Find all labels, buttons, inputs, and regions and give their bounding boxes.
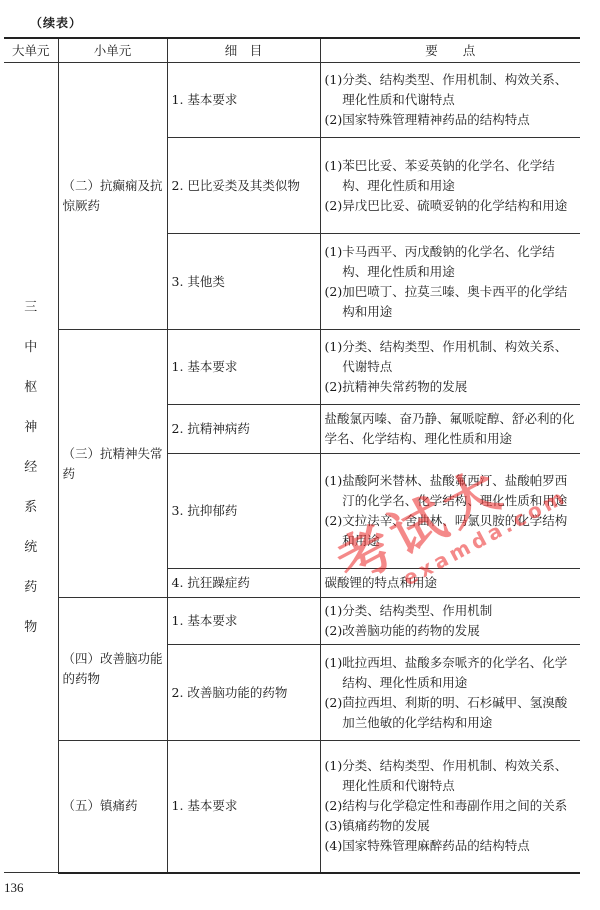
key-points-cell: (1)苯巴比妥、苯妥英钠的化学名、化学结构、理化性质和用途 (2)异戊巴比妥、硫… bbox=[320, 138, 580, 234]
table-header-row: 大单元 小单元 细 目 要 点 bbox=[4, 38, 580, 63]
table-row: （四）改善脑功能的药物 1. 基本要求 (1)分类、结构类型、作用机制 (2)改… bbox=[4, 598, 580, 645]
major-unit-char: 神 bbox=[24, 418, 37, 438]
key-points-cell: 碳酸锂的特点和用途 bbox=[320, 569, 580, 598]
key-points-cell: (1)分类、结构类型、作用机制 (2)改善脑功能的药物的发展 bbox=[320, 598, 580, 645]
detail-cell: 3. 其他类 bbox=[167, 234, 320, 330]
detail-cell: 2. 改善脑功能的药物 bbox=[167, 645, 320, 741]
header-detail: 细 目 bbox=[167, 38, 320, 63]
header-sub-unit: 小单元 bbox=[58, 38, 167, 63]
major-unit-char: 统 bbox=[24, 538, 37, 558]
major-unit-char: 中 bbox=[24, 338, 37, 358]
detail-cell: 3. 抗抑郁药 bbox=[167, 454, 320, 569]
major-unit-char: 药 bbox=[24, 578, 37, 598]
detail-cell: 1. 基本要求 bbox=[167, 598, 320, 645]
sub-unit-cell: （五）镇痛药 bbox=[58, 741, 167, 873]
table-row: （三）抗精神失常药 1. 基本要求 (1)分类、结构类型、作用机制、构效关系、代… bbox=[4, 330, 580, 405]
sub-unit-cell: （四）改善脑功能的药物 bbox=[58, 598, 167, 741]
key-points-cell: (1)卡马西平、丙戊酸钠的化学名、化学结构、理化性质和用途 (2)加巴喷丁、拉莫… bbox=[320, 234, 580, 330]
major-unit-char: 三 bbox=[24, 298, 37, 318]
continued-label: （续表） bbox=[30, 14, 82, 31]
syllabus-table: 大单元 小单元 细 目 要 点 三 中 枢 神 经 系 统 药 物 bbox=[4, 37, 580, 874]
key-points-cell: 盐酸氯丙嗪、奋乃静、氟哌啶醇、舒必利的化学名、化学结构、理化性质和用途 bbox=[320, 405, 580, 454]
key-points-cell: (1)分类、结构类型、作用机制、构效关系、代谢特点 (2)抗精神失常药物的发展 bbox=[320, 330, 580, 405]
detail-cell: 2. 巴比妥类及其类似物 bbox=[167, 138, 320, 234]
header-key-points: 要 点 bbox=[320, 38, 580, 63]
key-points-cell: (1)吡拉西坦、盐酸多奈哌齐的化学名、化学结构、理化性质和用途 (2)茴拉西坦、… bbox=[320, 645, 580, 741]
major-unit-cell: 三 中 枢 神 经 系 统 药 物 bbox=[4, 63, 58, 873]
major-unit-char: 经 bbox=[24, 458, 37, 478]
table-row: 三 中 枢 神 经 系 统 药 物 （二）抗癫痫及抗惊厥药 1. 基本要求 (1… bbox=[4, 63, 580, 138]
sub-unit-cell: （二）抗癫痫及抗惊厥药 bbox=[58, 63, 167, 330]
major-unit-char: 物 bbox=[24, 618, 37, 638]
detail-cell: 1. 基本要求 bbox=[167, 330, 320, 405]
major-unit-char: 枢 bbox=[24, 378, 37, 398]
detail-cell: 1. 基本要求 bbox=[167, 63, 320, 138]
sub-unit-cell: （三）抗精神失常药 bbox=[58, 330, 167, 598]
page-number: 136 bbox=[4, 880, 24, 896]
major-unit-char: 系 bbox=[24, 498, 37, 518]
detail-cell: 2. 抗精神病药 bbox=[167, 405, 320, 454]
detail-cell: 1. 基本要求 bbox=[167, 741, 320, 873]
detail-cell: 4. 抗狂躁症药 bbox=[167, 569, 320, 598]
key-points-cell: (1)分类、结构类型、作用机制、构效关系、理化性质和代谢特点 (2)国家特殊管理… bbox=[320, 63, 580, 138]
header-major-unit: 大单元 bbox=[4, 38, 58, 63]
key-points-cell: (1)盐酸阿米替林、盐酸氟西汀、盐酸帕罗西汀的化学名、化学结构、理化性质和用途 … bbox=[320, 454, 580, 569]
table-row: （五）镇痛药 1. 基本要求 (1)分类、结构类型、作用机制、构效关系、理化性质… bbox=[4, 741, 580, 873]
key-points-cell: (1)分类、结构类型、作用机制、构效关系、理化性质和代谢特点 (2)结构与化学稳… bbox=[320, 741, 580, 873]
